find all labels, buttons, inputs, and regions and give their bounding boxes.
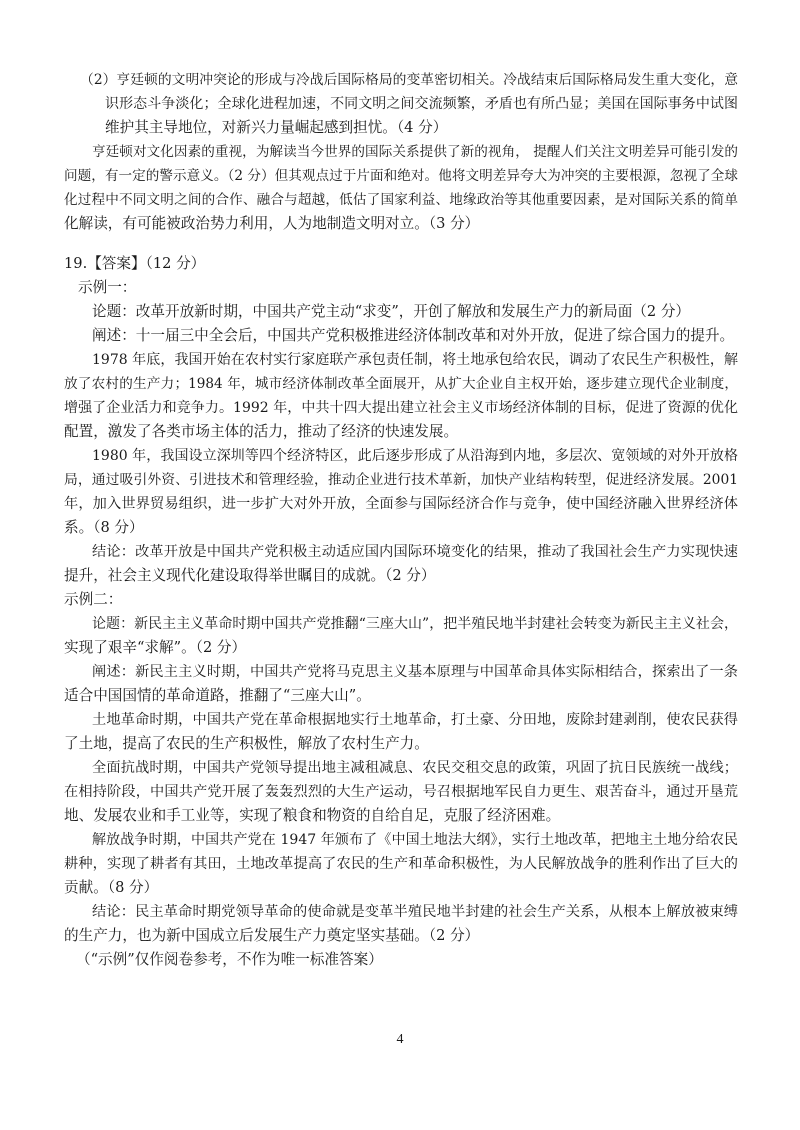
example1-para2-line-1: 1980 年，我国设立深圳等四个经济特区，此后逐步形成了从沿海到内地，多层次、宽… (92, 445, 738, 467)
example2-para1-line-1: 土地革命时期，中国共产党在革命根据地实行土地革命，打土豪、分田地，废除封建剥削，… (92, 709, 738, 731)
example2-para3-line-2: 耕种，实现了耕者有其田，土地改革提高了农民的生产和革命积极性，为人民解放战争的胜… (64, 853, 738, 875)
example2-para3-line-1: 解放战争时期，中国共产党在 1947 年颁布了《中国土地法大纲》，实行土地改革，… (92, 829, 738, 851)
example1-para1-line-3: 增强了企业活力和竞争力。1992 年，中共十四大提出建立社会主义市场经济体制的目… (64, 397, 738, 419)
example1-label: 示例一： (78, 277, 738, 299)
example2-label: 示例二： (64, 589, 738, 611)
example1-thesis: 论题：改革开放新时期，中国共产党主动“求变”，开创了解放和发展生产力的新局面（2… (92, 301, 738, 323)
example1-elaboration: 阐述：十一届三中全会后，中国共产党积极推进经济体制改革和对外开放，促进了综合国力… (92, 325, 738, 347)
example2-elaboration-line-1: 阐述：新民主主义时期，中国共产党将马克思主义基本原理与中国革命具体实际相结合，探… (92, 661, 738, 683)
evaluation-line-1: 亨廷顿对文化因素的重视，为解读当今世界的国际关系提供了新的视角， 提醒人们关注文… (92, 141, 738, 163)
reference-note: （“示例”仅作阅卷参考，不作为唯一标准答案） (76, 949, 738, 971)
example1-para1-line-2: 放了农村的生产力；1984 年，城市经济体制改革全面展开，从扩大企业自主权开始，… (64, 373, 738, 395)
example2-conclusion-line-2: 的生产力，也为新中国成立后发展生产力奠定坚实基础。（2 分） (64, 925, 738, 947)
evaluation-line-2: 问题，有一定的警示意义。（2 分）但其观点过于片面和绝对。他将文明差异夸大为冲突… (64, 165, 738, 187)
example2-para2-line-2: 在相持阶段，中国共产党开展了轰轰烈烈的大生产运动，号召根据地军民自力更生、艰苦奋… (64, 781, 738, 803)
evaluation-line-4: 化解读，有可能被政治势力利用，人为地制造文明对立。（3 分） (64, 213, 738, 235)
document-page: （2）亨廷顿的文明冲突论的形成与冷战后国际格局的变革密切相关。冷战结束后国际格局… (0, 0, 800, 1130)
q19-heading: 19.【答案】（12 分） (64, 253, 738, 275)
example2-elaboration-line-2: 适合中国国情的革命道路，推翻了“三座大山”。 (64, 685, 738, 707)
example1-para2-line-3: 年，加入世界贸易组织，进一步扩大对外开放，全面参与国际经济合作与竞争，使中国经济… (64, 493, 738, 515)
example2-para2-line-3: 地、发展农业和手工业等，实现了粮食和物资的自给自足，克服了经济困难。 (64, 805, 738, 827)
example1-conclusion-line-2: 提升，社会主义现代化建设取得举世瞩目的成就。（2 分） (64, 565, 738, 587)
example2-para2-line-1: 全面抗战时期，中国共产党领导提出地主减租减息、农民交租交息的政策，巩固了抗日民族… (92, 757, 738, 779)
example1-para1-line-4: 配置，激发了各类市场主体的活力，推动了经济的快速发展。 (64, 421, 738, 443)
example2-para1-line-2: 了土地，提高了农民的生产积极性，解放了农村生产力。 (64, 733, 738, 755)
example1-conclusion-line-1: 结论：改革开放是中国共产党积极主动适应国内国际环境变化的结果，推动了我国社会生产… (92, 541, 738, 563)
page-number: 4 (0, 1030, 800, 1050)
example2-thesis-line-1: 论题：新民主主义革命时期中国共产党推翻“三座大山”，把半殖民地半封建社会转变为新… (92, 613, 738, 635)
evaluation-line-3: 化过程中不同文明之间的合作、融合与超越，低估了国家利益、地缘政治等其他重要因素，… (64, 189, 738, 211)
example1-para2-line-4: 系。（8 分） (64, 517, 738, 539)
example2-conclusion-line-1: 结论：民主革命时期党领导革命的使命就是变革半殖民地半封建的社会生产关系，从根本上… (92, 901, 738, 923)
part2-line-2: 识形态斗争淡化；全球化进程加速，不同文明之间交流频繁，矛盾也有所凸显；美国在国际… (105, 93, 738, 115)
example1-para2-line-2: 局，通过吸引外资、引进技术和管理经验，推动企业进行技术革新，加快产业结构转型，促… (64, 469, 738, 491)
example1-para1-line-1: 1978 年底，我国开始在农村实行家庭联产承包责任制，将土地承包给农民，调动了农… (92, 349, 738, 371)
part2-line-1: （2）亨廷顿的文明冲突论的形成与冷战后国际格局的变革密切相关。冷战结束后国际格局… (80, 69, 738, 91)
example2-thesis-line-2: 实现了艰辛“求解”。（2 分） (64, 637, 738, 659)
part2-line-3: 维护其主导地位，对新兴力量崛起感到担忧。（4 分） (105, 117, 738, 139)
example2-para3-line-3: 贡献。（8 分） (64, 877, 738, 899)
